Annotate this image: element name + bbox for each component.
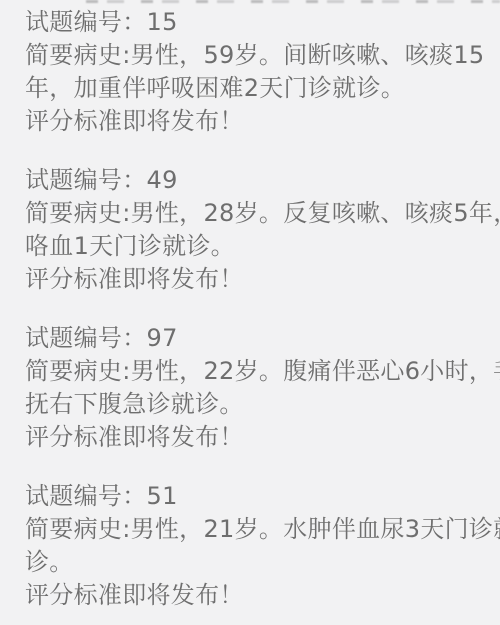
question-id: 试题编号：97 [25,322,480,355]
question-id: 试题编号：49 [25,164,480,197]
status-note: 评分标准即将发布！ [25,421,480,454]
status-note: 评分标准即将发布！ [25,579,480,612]
brief-history-line: 简要病史:男性，59岁。间断咳嗽、咳痰15 [25,39,480,72]
question-section: 试题编号：97 简要病史:男性，22岁。腹痛伴恶心6小时，手 抚右下腹急诊就诊。… [25,322,480,454]
brief-history-line: 年，加重伴呼吸困难2天门诊就诊。 [25,72,480,105]
question-section: 试题编号：51 简要病史:男性，21岁。水肿伴血尿3天门诊就 诊。 评分标准即将… [25,480,480,612]
brief-history-line: 简要病史:男性，22岁。腹痛伴恶心6小时，手 [25,355,480,388]
article-page: { "page": { "background_color": "#f2f2f3… [0,0,500,625]
status-note: 评分标准即将发布！ [25,263,480,296]
question-id: 试题编号：15 [25,6,480,39]
brief-history-line: 咯血1天门诊就诊。 [25,230,480,263]
status-note: 评分标准即将发布！ [25,105,480,138]
brief-history-line: 简要病史:男性，21岁。水肿伴血尿3天门诊就 [25,513,480,546]
brief-history-line: 抚右下腹急诊就诊。 [25,388,480,421]
question-list: 试题编号：15 简要病史:男性，59岁。间断咳嗽、咳痰15 年，加重伴呼吸困难2… [0,0,500,612]
question-id: 试题编号：51 [25,480,480,513]
brief-history-line: 简要病史:男性，28岁。反复咳嗽、咳痰5年， [25,197,480,230]
question-section: 试题编号：49 简要病史:男性，28岁。反复咳嗽、咳痰5年， 咯血1天门诊就诊。… [25,164,480,296]
cropped-text-remnant [86,0,500,3]
brief-history-line: 诊。 [25,546,480,579]
question-section: 试题编号：15 简要病史:男性，59岁。间断咳嗽、咳痰15 年，加重伴呼吸困难2… [25,6,480,138]
